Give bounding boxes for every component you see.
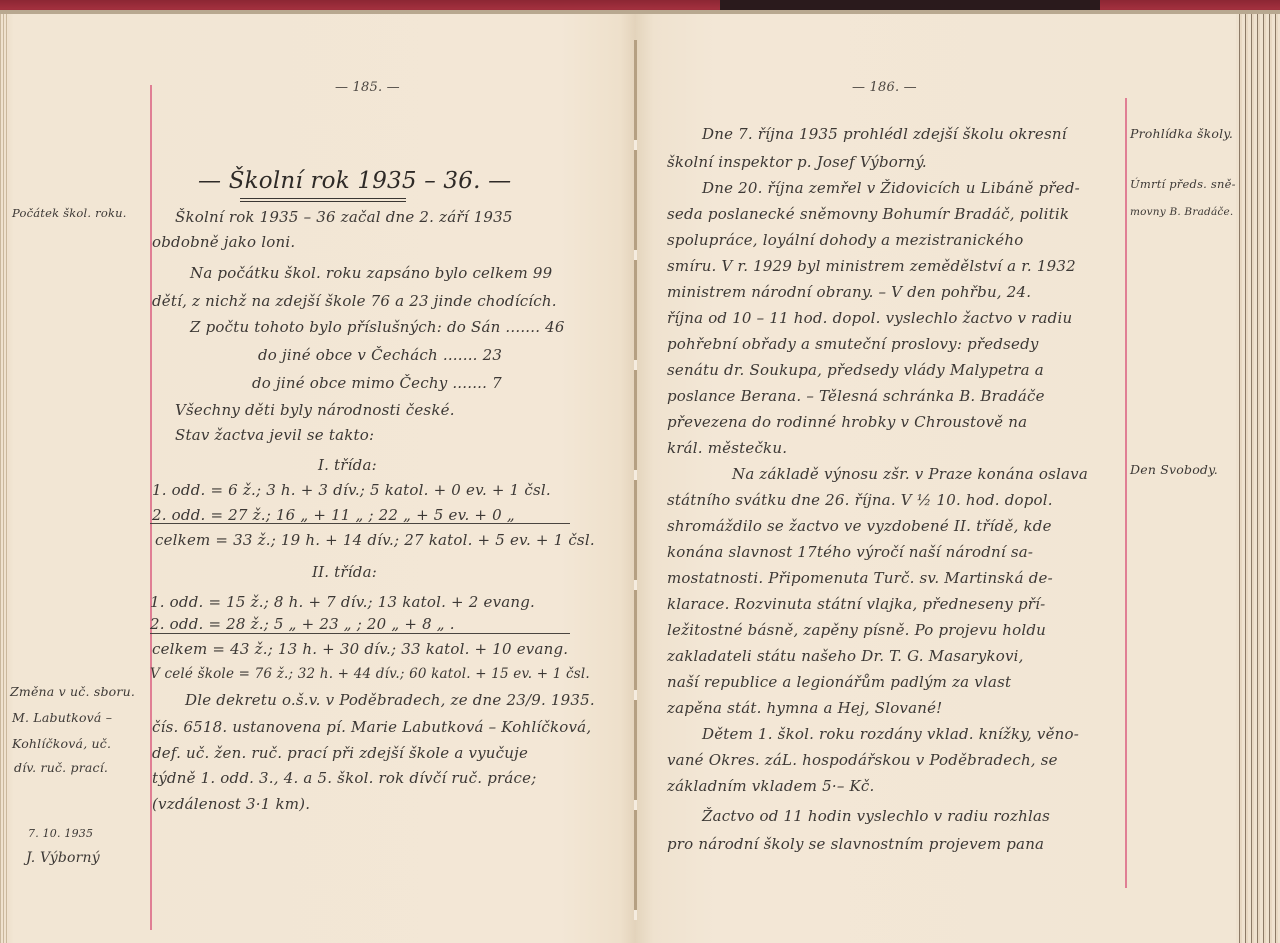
left-page [0,10,636,943]
text-line: Na základě výnosu zšr. v Praze konána os… [732,464,1088,484]
text-line: týdně 1. odd. 3., 4. a 5. škol. rok dívč… [152,768,536,788]
text-line: státního svátku dne 26. října. V ½ 10. h… [667,490,1053,510]
margin-note-name-2: Kohlíčková, uč. [12,736,111,752]
text-line: shromáždilo se žactvo ve vyzdobené II. t… [667,516,1052,536]
text-line: Stav žactva jevil se takto: [175,425,374,445]
text-line: převezena do rodinné hrobky v Chroustově… [667,412,1027,432]
text-line: ležitostné básně, zapěny písně. Po proje… [667,620,1046,640]
table-row: 2. odd. = 27 ž.; 16 „ + 11 „ ; 22 „ + 5 … [152,505,515,525]
text-line: poslance Berana. – Tělesná schránka B. B… [667,386,1045,406]
table-row: 2. odd. = 28 ž.; 5 „ + 23 „ ; 20 „ + 8 „… [150,614,455,634]
signature-name: J. Výborný [26,850,100,866]
text-line: smíru. V r. 1929 byl ministrem zemědělst… [667,256,1076,276]
text-line: do jiné obce v Čechách ....... 23 [258,345,502,365]
margin-note-staff-change: Změna v uč. sboru. [10,684,135,700]
text-line: do jiné obce mimo Čechy ....... 7 [252,373,502,393]
heading-underline-2 [240,201,406,202]
margin-note-inspection: Prohlídka školy. [1130,126,1233,142]
text-line: konána slavnost 17tého výročí naší národ… [667,542,1033,562]
sum-rule [150,633,570,634]
page-number-left: — 185. — [335,80,400,95]
table-row-total: celkem = 43 ž.; 13 h. + 30 dív.; 33 kato… [152,639,568,659]
text-line: zakladateli státu našeho Dr. T. G. Masar… [667,646,1024,666]
text-line: klarace. Rozvinuta státní vlajka, předne… [667,594,1045,614]
text-line: vané Okres. záL. hospodářskou v Poděbrad… [667,750,1058,770]
text-line: spolupráce, loyální dohody a mezistranic… [667,230,1023,250]
text-line: Dle dekretu o.š.v. v Poděbradech, ze dne… [185,690,595,710]
text-line: dětí, z nichž na zdejší škole 76 a 23 ji… [152,291,557,311]
margin-note-freedom-day: Den Svobody. [1130,462,1218,478]
text-line: Dětem 1. škol. roku rozdány vklad. knížk… [702,724,1079,744]
margin-note-death-2: movny B. Bradáče. [1130,204,1233,220]
margin-note-role: dív. ruč. prací. [14,760,108,776]
text-line: obdobně jako loni. [152,232,295,252]
page-heading: — Školní rok 1935 – 36. — [198,168,511,194]
margin-note-death: Úmrtí předs. sně- [1130,176,1236,192]
text-line: Z počtu tohoto bylo příslušných: do Sán … [190,317,565,337]
text-line: Všechny děti byly národnosti české. [175,400,455,420]
text-line: král. městečku. [667,438,787,458]
page-number-right: — 186. — [852,80,917,95]
text-line: Na počátku škol. roku zapsáno bylo celke… [190,263,552,283]
text-line: mostatnosti. Připomenuta Turč. sv. Marti… [667,568,1053,588]
text-line: ministrem národní obrany. – V den pohřbu… [667,282,1031,302]
table-row: 1. odd. = 15 ž.; 8 h. + 7 dív.; 13 katol… [150,592,535,612]
margin-note-name-1: M. Labutková – [12,710,112,726]
page-edges-left [0,14,8,943]
binding-thread [634,40,637,920]
right-margin-rule [1125,98,1127,888]
text-line: školní inspektor p. Josef Výborný. [667,152,927,172]
text-line: Dne 7. října 1935 prohlédl zdejší školu … [702,124,1067,144]
table-row-grand-total: V celé škole = 76 ž.; 32 h. + 44 dív.; 6… [150,664,590,684]
page-edges-right [1236,14,1280,943]
text-line: (vzdálenost 3·1 km). [152,794,310,814]
class-heading-1: I. třída: [318,455,377,475]
text-line: seda poslanecké sněmovny Bohumír Bradáč,… [667,204,1069,224]
text-line: pohřební obřady a smuteční proslovy: pře… [667,334,1039,354]
text-line: pro národní školy se slavnostním projeve… [667,834,1044,854]
text-line: senátu dr. Soukupa, předsedy vlády Malyp… [667,360,1044,380]
margin-note-school-start: Počátek škol. roku. [12,205,127,221]
text-line: def. uč. žen. ruč. prací při zdejší škol… [152,743,528,763]
sum-rule [150,523,570,524]
text-line: naší republice a legionářům padlým za vl… [667,672,1011,692]
text-line: základním vkladem 5·– Kč. [667,776,874,796]
table-row-total: celkem = 33 ž.; 19 h. + 14 dív.; 27 kato… [155,530,595,550]
text-line: čís. 6518. ustanovena pí. Marie Labutkov… [152,717,591,737]
text-line: Dne 20. října zemřel v Židovicích u Libá… [702,178,1080,198]
table-row: 1. odd. = 6 ž.; 3 h. + 3 dív.; 5 katol. … [152,480,551,500]
text-line: Školní rok 1935 – 36 začal dne 2. září 1… [175,207,513,227]
text-line: října od 10 – 11 hod. dopol. vyslechlo ž… [667,308,1072,328]
text-line: Žactvo od 11 hodin vyslechlo v radiu roz… [702,806,1050,826]
text-line: zapěna stát. hymna a Hej, Slované! [667,698,942,718]
heading-underline [240,198,406,199]
cover-shadow [720,0,1100,10]
signature-date: 7. 10. 1935 [28,826,93,842]
class-heading-2: II. třída: [312,562,377,582]
